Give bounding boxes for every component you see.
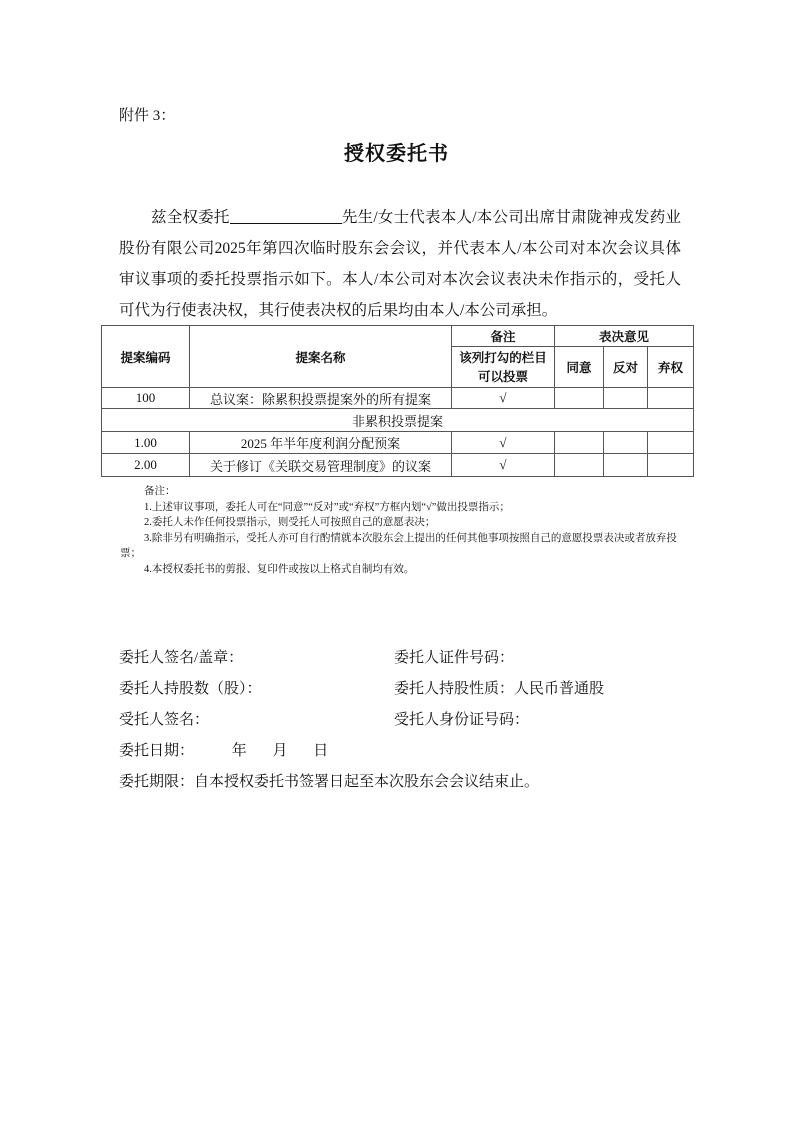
header-remark-sub: 该列打勾的栏目可以投票 [452,347,555,388]
agree-cell[interactable] [555,388,604,409]
date-year: 年 [232,739,247,760]
header-remark: 备注 [452,326,555,347]
principal-sign-label: 委托人签名/盖章： [119,646,243,667]
date-line: 委托日期： 年 月 日 [119,739,328,760]
share-nature-label: 委托人持股性质：人民币普通股 [394,677,604,698]
header-code: 提案编码 [102,326,190,388]
agent-sign-label: 受托人签名： [119,708,209,729]
proposal-name: 2025 年半年度利润分配预案 [190,432,452,454]
table-row: 1.00 2025 年半年度利润分配预案 √ [102,432,694,454]
note-item: 2.委托人未作任何投票指示，则受托人可按照自己的意愿表决； [120,515,686,531]
notes-block: 备注： 1.上述审议事项，委托人可在“同意”“反对”或“弃权”方框内划“√”做出… [120,484,686,577]
agree-cell[interactable] [555,454,604,477]
proposal-code: 100 [102,388,190,409]
notes-title: 备注： [120,484,686,500]
document-page: 附件 3： 授权委托书 兹全权委托先生/女士代表本人/本公司出席甘肃陇神戎发药业… [0,0,793,1122]
agent-id-label: 受托人身份证号码： [394,708,529,729]
abstain-cell[interactable] [648,454,694,477]
table-header-row: 提案编码 提案名称 备注 表决意见 [102,326,694,347]
vote-eligible-mark: √ [452,432,555,454]
agent-name-blank[interactable] [230,207,342,224]
note-item: 1.上述审议事项，委托人可在“同意”“反对”或“弃权”方框内划“√”做出投票指示… [120,500,686,516]
proposal-name: 关于修订《关联交易管理制度》的议案 [190,454,452,477]
intro-paragraph: 兹全权委托先生/女士代表本人/本公司出席甘肃陇神戎发药业股份有限公司2025年第… [119,202,681,326]
shares-label: 委托人持股数（股）： [119,677,262,698]
date-label: 委托日期： [119,743,194,759]
intro-before-blank: 兹全权委托 [151,209,230,226]
date-month: 月 [273,739,288,760]
term-line: 委托期限：自本授权委托书签署日起至本次股东会会议结束止。 [119,770,539,791]
header-opinion: 表决意见 [555,326,694,347]
header-abstain: 弃权 [648,347,694,388]
header-agree: 同意 [555,347,604,388]
voting-table: 提案编码 提案名称 备注 表决意见 该列打勾的栏目可以投票 同意 反对 弃权 1… [101,325,694,477]
date-day: 日 [313,739,328,760]
principal-id-label: 委托人证件号码： [394,646,514,667]
attachment-label: 附件 3： [119,104,175,125]
abstain-cell[interactable] [648,388,694,409]
proposal-name: 总议案：除累积投票提案外的所有提案 [190,388,452,409]
oppose-cell[interactable] [604,432,648,454]
section-row: 非累积投票提案 [102,409,694,432]
proposal-code: 1.00 [102,432,190,454]
table-row: 100 总议案：除累积投票提案外的所有提案 √ [102,388,694,409]
oppose-cell[interactable] [604,388,648,409]
section-label: 非累积投票提案 [102,409,694,432]
header-name: 提案名称 [190,326,452,388]
abstain-cell[interactable] [648,432,694,454]
table-row: 2.00 关于修订《关联交易管理制度》的议案 √ [102,454,694,477]
oppose-cell[interactable] [604,454,648,477]
vote-eligible-mark: √ [452,388,555,409]
header-oppose: 反对 [604,347,648,388]
note-item: 4.本授权委托书的剪报、复印件或按以上格式自制均有效。 [120,562,686,578]
proposal-code: 2.00 [102,454,190,477]
document-title: 授权委托书 [0,137,793,166]
note-item: 3.除非另有明确指示，受托人亦可自行酌情就本次股东会上提出的任何其他事项按照自己… [120,531,686,562]
vote-eligible-mark: √ [452,454,555,477]
agree-cell[interactable] [555,432,604,454]
